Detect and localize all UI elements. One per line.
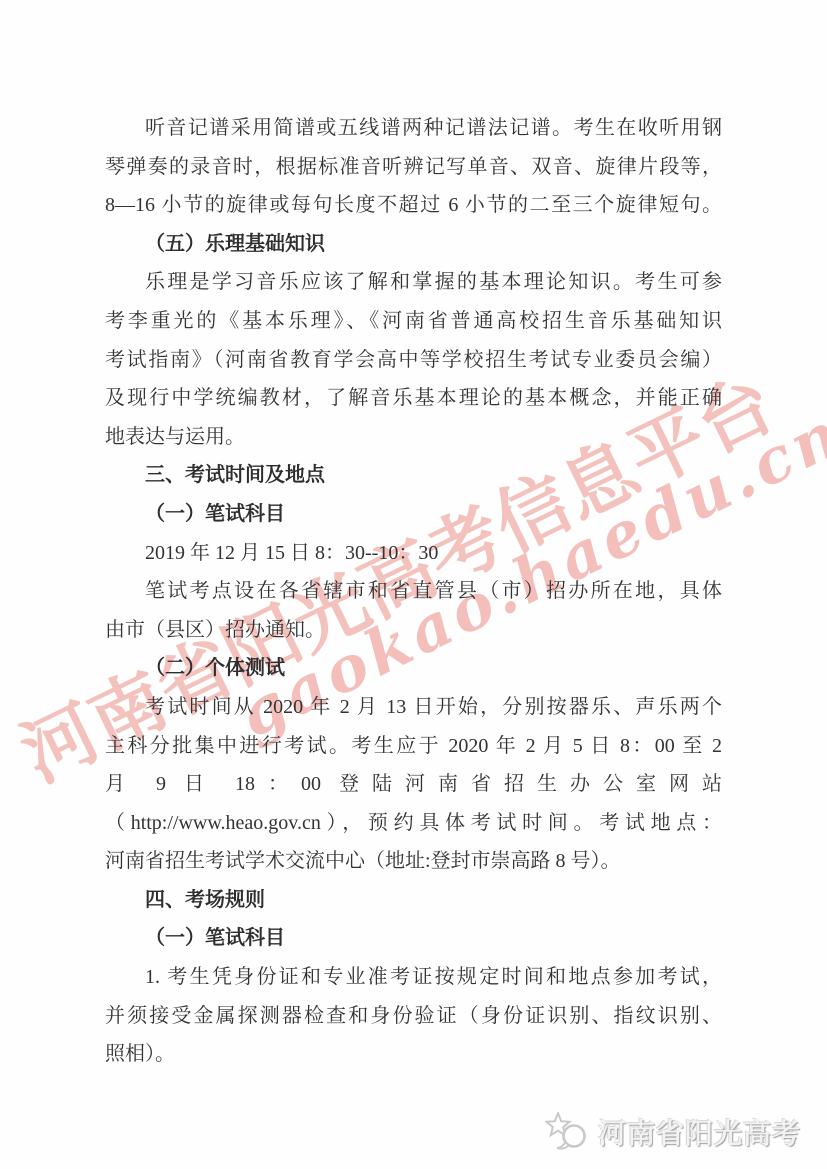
text-line: 并须接受金属探测器检查和身份验证（身份证识别、指纹识别、 (105, 997, 722, 1036)
text-line: 2019 年 12 月 15 日 8：30--10：30 (105, 534, 722, 573)
text-line: 月 9 日 18：00 登陆河南省招生办公室网站 (105, 765, 722, 804)
text-line: 琴弹奏的录音时，根据标准音听辨记写单音、双音、旋律片段等， (105, 148, 722, 187)
text-line: 1. 考生凭身份证和专业准考证按规定时间和地点参加考试， (105, 958, 722, 997)
section-heading: （一）笔试科目 (105, 919, 722, 958)
section-heading: （一）笔试科目 (105, 495, 722, 534)
text-line: 及现行中学统编教材，了解音乐基本理论的基本概念，并能正确 (105, 379, 722, 418)
section-heading: 三、考试时间及地点 (105, 456, 722, 495)
text-line: （http://www.heao.gov.cn），预约具体考试时间。考试地点： (105, 804, 722, 843)
section-heading: 四、考场规则 (105, 881, 722, 920)
footer-brand: 河南省阳光高考 (545, 1112, 801, 1152)
text-line: 河南省招生考试学术交流中心（地址:登封市崇高路 8 号）。 (105, 842, 722, 881)
text-line: 笔试考点设在各省辖市和省直管县（市）招办所在地，具体 (105, 572, 722, 611)
text-line: 考试指南》（河南省教育学会高中等学校招生考试专业委员会编） (105, 341, 722, 380)
document-page: { "page": { "background": "#fefefe", "te… (0, 0, 827, 1169)
text-line: 主科分批集中进行考试。考生应于 2020 年 2 月 5 日 8：00 至 2 (105, 727, 722, 766)
text-line: 8—16 小节的旋律或每句长度不超过 6 小节的二至三个旋律短句。 (105, 186, 722, 225)
text-line: 考李重光的《基本乐理》、《河南省普通高校招生音乐基础知识 (105, 302, 722, 341)
text-line: 照相）。 (105, 1035, 722, 1074)
text-line: 乐理是学习音乐应该了解和掌握的基本理论知识。考生可参 (105, 263, 722, 302)
document-body: 听音记谱采用简谱或五线谱两种记谱法记谱。考生在收听用钢 琴弹奏的录音时，根据标准… (105, 109, 722, 1074)
text-line: 地表达与运用。 (105, 418, 722, 457)
text-line: 听音记谱采用简谱或五线谱两种记谱法记谱。考生在收听用钢 (105, 109, 722, 148)
footer-brand-text: 河南省阳光高考 (598, 1112, 801, 1152)
text-line: 由市（县区）招办通知。 (105, 611, 722, 650)
section-heading: （五）乐理基础知识 (105, 225, 722, 264)
text-line: 考试时间从 2020 年 2 月 13 日开始，分别按器乐、声乐两个 (105, 688, 722, 727)
section-heading: （二）个体测试 (105, 649, 722, 688)
star-and-bubble-logo-icon (545, 1112, 591, 1152)
